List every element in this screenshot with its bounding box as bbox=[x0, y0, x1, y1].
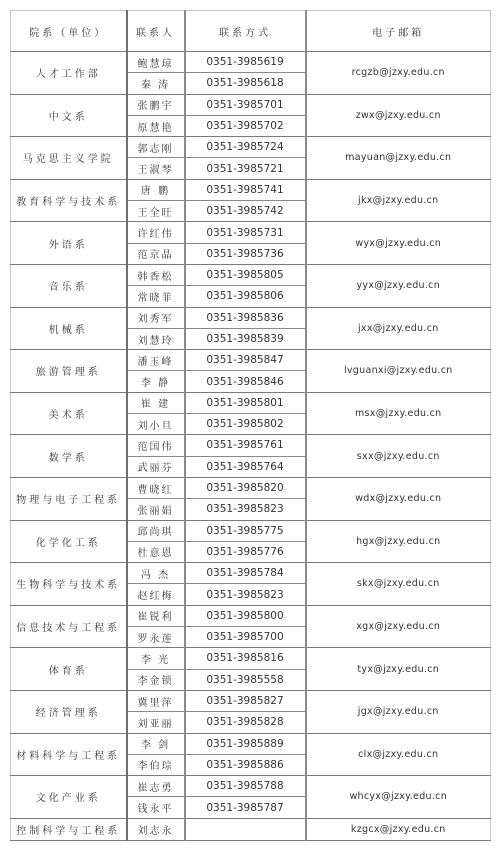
contact-person: 李伯琮 bbox=[127, 754, 185, 775]
contact-person: 邱尚琪 bbox=[127, 520, 185, 541]
unit-name: 音乐系 bbox=[11, 264, 127, 307]
phone-number: 0351-3985702 bbox=[185, 115, 306, 136]
unit-name: 美术系 bbox=[11, 392, 127, 435]
table-row: 美术系崔 建0351-3985801msx@jzxy.edu.cn bbox=[11, 392, 491, 413]
phone-number: 0351-3985802 bbox=[185, 414, 306, 435]
table-row: 人才工作部鲍慧琼0351-3985619rcgzb@jzxy.edu.cn bbox=[11, 52, 491, 73]
phone-number: 0351-3985889 bbox=[185, 733, 306, 754]
email-address[interactable]: msx@jzxy.edu.cn bbox=[306, 392, 491, 435]
table-row: 马克思主义学院郭志刚0351-3985724mayuan@jzxy.edu.cn bbox=[11, 137, 491, 158]
email-address[interactable]: kzgcx@jzxy.edu.cn bbox=[306, 818, 491, 840]
contact-person: 张鹏宇 bbox=[127, 94, 185, 115]
contact-person: 秦 涛 bbox=[127, 73, 185, 94]
contact-person: 常晓菲 bbox=[127, 286, 185, 307]
phone-number: 0351-3985721 bbox=[185, 158, 306, 179]
contact-person: 李 静 bbox=[127, 371, 185, 392]
contact-person: 李金锁 bbox=[127, 669, 185, 690]
contact-person: 范国伟 bbox=[127, 435, 185, 456]
email-address[interactable]: wdx@jzxy.edu.cn bbox=[306, 477, 491, 520]
phone-number: 0351-3985788 bbox=[185, 776, 306, 797]
email-address[interactable]: sxx@jzxy.edu.cn bbox=[306, 435, 491, 478]
contact-person: 刘志永 bbox=[127, 818, 185, 840]
table-row: 物理与电子工程系曹晓红0351-3985820wdx@jzxy.edu.cn bbox=[11, 477, 491, 498]
phone-number: 0351-3985761 bbox=[185, 435, 306, 456]
phone-number: 0351-3985805 bbox=[185, 264, 306, 285]
unit-name: 生物科学与技术系 bbox=[11, 563, 127, 606]
phone-number: 0351-3985776 bbox=[185, 541, 306, 562]
unit-name: 旅游管理系 bbox=[11, 350, 127, 393]
email-address[interactable]: tyx@jzxy.edu.cn bbox=[306, 648, 491, 691]
unit-name: 体育系 bbox=[11, 648, 127, 691]
contact-person: 李 剑 bbox=[127, 733, 185, 754]
email-address[interactable]: skx@jzxy.edu.cn bbox=[306, 563, 491, 606]
unit-name: 材料科学与工程系 bbox=[11, 733, 127, 776]
phone-number: 0351-3985801 bbox=[185, 392, 306, 413]
unit-name: 人才工作部 bbox=[11, 52, 127, 95]
contact-person: 钱永平 bbox=[127, 797, 185, 818]
phone-number: 0351-3985724 bbox=[185, 137, 306, 158]
phone-number: 0351-3985823 bbox=[185, 499, 306, 520]
phone-number: 0351-3985806 bbox=[185, 286, 306, 307]
contact-person: 原慧艳 bbox=[127, 115, 185, 136]
unit-name: 教育科学与技术系 bbox=[11, 179, 127, 222]
contact-person: 曹晓红 bbox=[127, 477, 185, 498]
header-email: 电子邮箱 bbox=[306, 11, 491, 52]
table-row: 控制科学与工程系刘志永kzgcx@jzxy.edu.cn bbox=[11, 818, 491, 840]
contact-person: 唐 鹏 bbox=[127, 179, 185, 200]
contact-person: 杜意恩 bbox=[127, 541, 185, 562]
phone-number: 0351-3985846 bbox=[185, 371, 306, 392]
table-row: 信息技术与工程系崔锐利0351-3985800xgx@jzxy.edu.cn bbox=[11, 605, 491, 626]
phone-number: 0351-3985558 bbox=[185, 669, 306, 690]
unit-name: 外语系 bbox=[11, 222, 127, 265]
table-row: 生物科学与技术系冯 杰0351-3985784skx@jzxy.edu.cn bbox=[11, 563, 491, 584]
contact-person: 赵红梅 bbox=[127, 584, 185, 605]
unit-name: 马克思主义学院 bbox=[11, 137, 127, 180]
phone-number: 0351-3985731 bbox=[185, 222, 306, 243]
phone-number: 0351-3985700 bbox=[185, 627, 306, 648]
contact-person: 鲍慧琼 bbox=[127, 52, 185, 73]
contact-person: 李 光 bbox=[127, 648, 185, 669]
email-address[interactable]: whcyx@jzxy.edu.cn bbox=[306, 776, 491, 819]
table-row: 体育系李 光0351-3985816tyx@jzxy.edu.cn bbox=[11, 648, 491, 669]
contacts-table: 院系（单位） 联系人 联系方式 电子邮箱 人才工作部鲍慧琼0351-398561… bbox=[10, 10, 491, 841]
header-unit: 院系（单位） bbox=[11, 11, 127, 52]
contact-person: 崔志勇 bbox=[127, 776, 185, 797]
contact-person: 潘玉峰 bbox=[127, 350, 185, 371]
phone-number: 0351-3985827 bbox=[185, 690, 306, 711]
email-address[interactable]: xgx@jzxy.edu.cn bbox=[306, 605, 491, 648]
email-address[interactable]: zwx@jzxy.edu.cn bbox=[306, 94, 491, 137]
table-row: 数学系范国伟0351-3985761sxx@jzxy.edu.cn bbox=[11, 435, 491, 456]
phone-number: 0351-3985618 bbox=[185, 73, 306, 94]
table-row: 文化产业系崔志勇0351-3985788whcyx@jzxy.edu.cn bbox=[11, 776, 491, 797]
contact-person: 武丽芬 bbox=[127, 456, 185, 477]
phone-number: 0351-3985787 bbox=[185, 797, 306, 818]
table-row: 化学化工系邱尚琪0351-3985775hgx@jzxy.edu.cn bbox=[11, 520, 491, 541]
phone-number: 0351-3985839 bbox=[185, 328, 306, 349]
table-row: 材料科学与工程系李 剑0351-3985889clx@jzxy.edu.cn bbox=[11, 733, 491, 754]
table-row: 经济管理系冀里萍0351-3985827jgx@jzxy.edu.cn bbox=[11, 690, 491, 711]
phone-number: 0351-3985619 bbox=[185, 52, 306, 73]
table-row: 教育科学与技术系唐 鹏0351-3985741jkx@jzxy.edu.cn bbox=[11, 179, 491, 200]
phone-number: 0351-3985736 bbox=[185, 243, 306, 264]
table-row: 外语系许红伟0351-3985731wyx@jzxy.edu.cn bbox=[11, 222, 491, 243]
contact-person: 韩香松 bbox=[127, 264, 185, 285]
phone-number: 0351-3985741 bbox=[185, 179, 306, 200]
unit-name: 机械系 bbox=[11, 307, 127, 350]
table-row: 旅游管理系潘玉峰0351-3985847lvguanxi@jzxy.edu.cn bbox=[11, 350, 491, 371]
contact-person: 罗永莲 bbox=[127, 627, 185, 648]
phone-number: 0351-3985742 bbox=[185, 201, 306, 222]
phone-number: 0351-3985886 bbox=[185, 754, 306, 775]
table-row: 机械系刘秀军0351-3985836jxx@jzxy.edu.cn bbox=[11, 307, 491, 328]
phone-number: 0351-3985823 bbox=[185, 584, 306, 605]
contact-person: 许红伟 bbox=[127, 222, 185, 243]
header-row: 院系（单位） 联系人 联系方式 电子邮箱 bbox=[11, 11, 491, 52]
contact-person: 冯 杰 bbox=[127, 563, 185, 584]
phone-number bbox=[185, 818, 306, 840]
unit-name: 物理与电子工程系 bbox=[11, 477, 127, 520]
contact-person: 张丽娟 bbox=[127, 499, 185, 520]
contact-person: 崔 建 bbox=[127, 392, 185, 413]
phone-number: 0351-3985775 bbox=[185, 520, 306, 541]
unit-name: 数学系 bbox=[11, 435, 127, 478]
email-address[interactable]: jkx@jzxy.edu.cn bbox=[306, 179, 491, 222]
email-address[interactable]: wyx@jzxy.edu.cn bbox=[306, 222, 491, 265]
contact-person: 王全旺 bbox=[127, 201, 185, 222]
phone-number: 0351-3985764 bbox=[185, 456, 306, 477]
header-contact-person: 联系人 bbox=[127, 11, 185, 52]
unit-name: 信息技术与工程系 bbox=[11, 605, 127, 648]
contact-person: 刘亚丽 bbox=[127, 712, 185, 733]
email-address[interactable]: hgx@jzxy.edu.cn bbox=[306, 520, 491, 563]
unit-name: 经济管理系 bbox=[11, 690, 127, 733]
contact-person: 刘秀军 bbox=[127, 307, 185, 328]
contact-person: 王淑琴 bbox=[127, 158, 185, 179]
contact-person: 冀里萍 bbox=[127, 690, 185, 711]
header-phone: 联系方式 bbox=[185, 11, 306, 52]
email-address[interactable]: jgx@jzxy.edu.cn bbox=[306, 690, 491, 733]
phone-number: 0351-3985820 bbox=[185, 477, 306, 498]
contact-person: 刘小旦 bbox=[127, 414, 185, 435]
phone-number: 0351-3985800 bbox=[185, 605, 306, 626]
phone-number: 0351-3985828 bbox=[185, 712, 306, 733]
email-address[interactable]: jxx@jzxy.edu.cn bbox=[306, 307, 491, 350]
email-address[interactable]: mayuan@jzxy.edu.cn bbox=[306, 137, 491, 180]
table-row: 音乐系韩香松0351-3985805yyx@jzxy.edu.cn bbox=[11, 264, 491, 285]
phone-number: 0351-3985816 bbox=[185, 648, 306, 669]
email-address[interactable]: yyx@jzxy.edu.cn bbox=[306, 264, 491, 307]
unit-name: 中文系 bbox=[11, 94, 127, 137]
phone-number: 0351-3985784 bbox=[185, 563, 306, 584]
contact-person: 郭志刚 bbox=[127, 137, 185, 158]
contact-person: 刘慧玲 bbox=[127, 328, 185, 349]
phone-number: 0351-3985847 bbox=[185, 350, 306, 371]
unit-name: 化学化工系 bbox=[11, 520, 127, 563]
email-address[interactable]: rcgzb@jzxy.edu.cn bbox=[306, 52, 491, 95]
contact-person: 范京晶 bbox=[127, 243, 185, 264]
email-address[interactable]: clx@jzxy.edu.cn bbox=[306, 733, 491, 776]
table-row: 中文系张鹏宇0351-3985701zwx@jzxy.edu.cn bbox=[11, 94, 491, 115]
email-address[interactable]: lvguanxi@jzxy.edu.cn bbox=[306, 350, 491, 393]
contact-person: 崔锐利 bbox=[127, 605, 185, 626]
phone-number: 0351-3985836 bbox=[185, 307, 306, 328]
phone-number: 0351-3985701 bbox=[185, 94, 306, 115]
unit-name: 控制科学与工程系 bbox=[11, 818, 127, 840]
unit-name: 文化产业系 bbox=[11, 776, 127, 819]
